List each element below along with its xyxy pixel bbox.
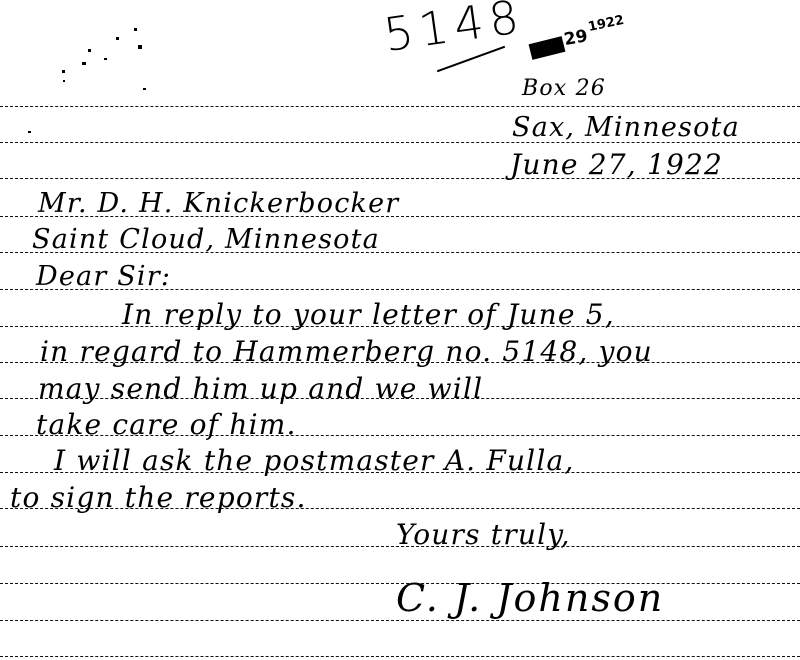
received-stamp: 29 1922 xyxy=(528,18,638,58)
stamp-day: 29 xyxy=(563,26,590,50)
recipient-name: Mr. D. H. Knickerbocker xyxy=(38,188,399,219)
body-line: I will ask the postmaster A. Fulla, xyxy=(54,444,575,477)
file-number: 5148 xyxy=(380,0,527,62)
body-line: to sign the reports. xyxy=(10,481,307,514)
salutation: Dear Sir: xyxy=(36,261,171,292)
body-line: take care of him. xyxy=(36,408,297,441)
body-line: In reply to your letter of June 5, xyxy=(122,298,615,331)
recipient-city: Saint Cloud, Minnesota xyxy=(32,224,380,255)
ruled-line xyxy=(0,106,800,107)
header-date: June 27, 1922 xyxy=(510,148,723,181)
header-box: Box 26 xyxy=(522,76,606,101)
ruled-line xyxy=(0,656,800,657)
signature: C. J. Johnson xyxy=(396,576,664,620)
body-line: in regard to Hammerberg no. 5148, you xyxy=(40,335,653,368)
closing: Yours truly, xyxy=(396,518,571,551)
stamp-year: 1922 xyxy=(587,13,626,35)
letter-page: 5148 29 1922 Box 26 Sax, Minnesota June … xyxy=(0,0,800,660)
body-line: may send him up and we will xyxy=(38,372,483,405)
header-place: Sax, Minnesota xyxy=(512,112,740,143)
ruled-line xyxy=(0,620,800,621)
